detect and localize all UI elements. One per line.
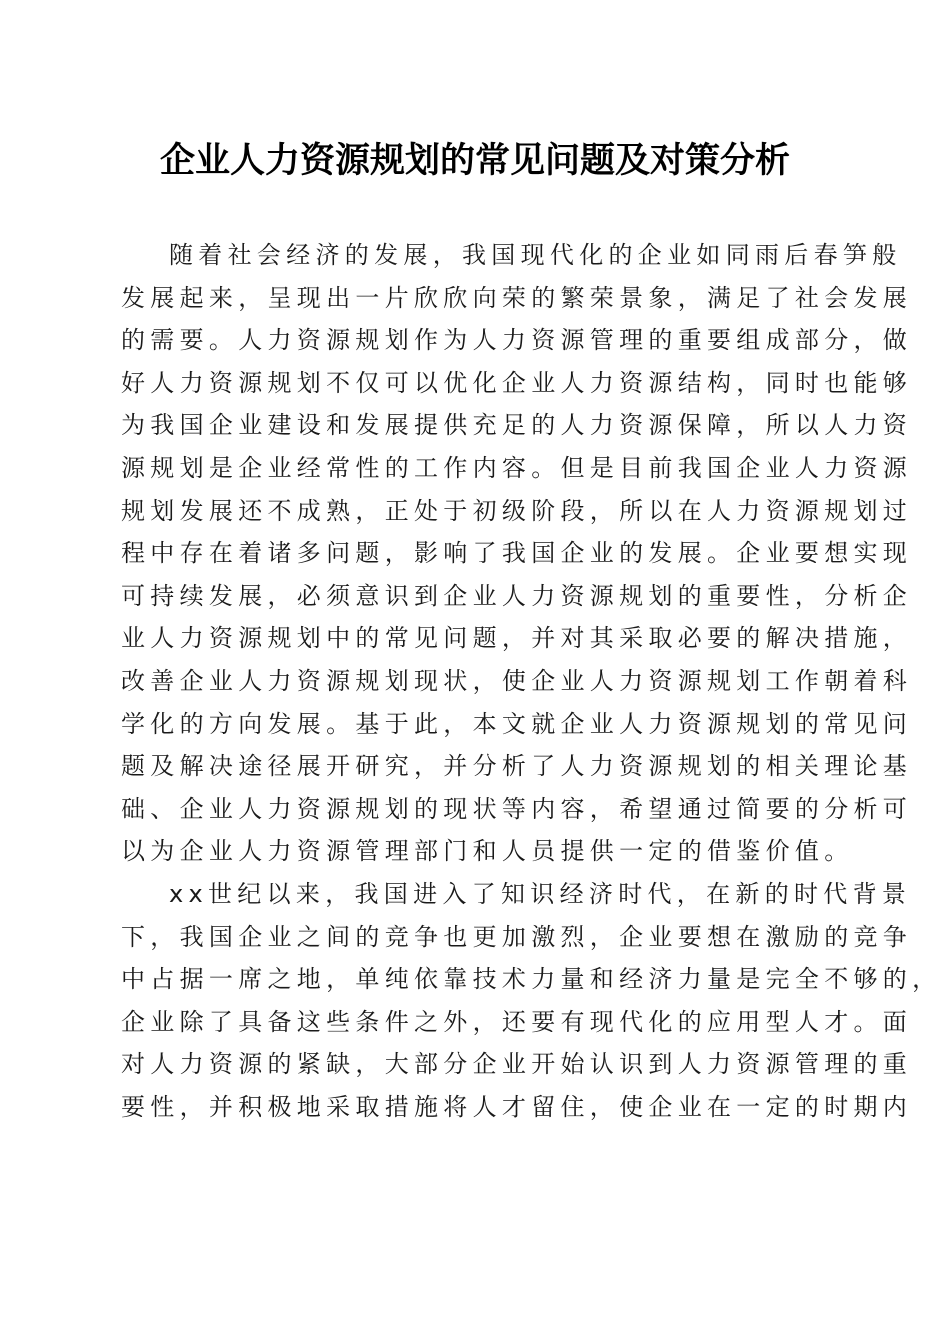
text-line: 改善企业人力资源规划现状，使企业人力资源规划工作朝着科 — [121, 660, 841, 703]
text-line: 中占据一席之地，单纯依靠技术力量和经济力量是完全不够的， — [121, 958, 841, 1001]
text-line: 发展起来，呈现出一片欣欣向荣的繁荣景象，满足了社会发展 — [121, 277, 841, 320]
text-line: 学化的方向发展。基于此，本文就企业人力资源规划的常见问 — [121, 703, 841, 746]
text-line: 可持续发展，必须意识到企业人力资源规划的重要性，分析企 — [121, 575, 841, 618]
paragraph-2: xx世纪以来，我国进入了知识经济时代，在新的时代背景 下，我国企业之间的竞争也更… — [121, 873, 841, 1129]
text-line: 源规划是企业经常性的工作内容。但是目前我国企业人力资源 — [121, 447, 841, 490]
text-line: 以为企业人力资源管理部门和人员提供一定的借鉴价值。 — [121, 830, 841, 873]
text-line: xx世纪以来，我国进入了知识经济时代，在新的时代背景 — [121, 873, 841, 916]
text-line: 企业除了具备这些条件之外，还要有现代化的应用型人才。面 — [121, 1001, 841, 1044]
text-line: 下，我国企业之间的竞争也更加激烈，企业要想在激励的竞争 — [121, 916, 841, 959]
document-title: 企业人力资源规划的常见问题及对策分析 — [0, 138, 950, 184]
text-line: 对人力资源的紧缺，大部分企业开始认识到人力资源管理的重 — [121, 1043, 841, 1086]
text-line: 规划发展还不成熟，正处于初级阶段，所以在人力资源规划过 — [121, 490, 841, 533]
text-line: 业人力资源规划中的常见问题，并对其采取必要的解决措施， — [121, 617, 841, 660]
text-line: 要性，并积极地采取措施将人才留住，使企业在一定的时期内 — [121, 1086, 841, 1129]
paragraph-1: 随着社会经济的发展，我国现代化的企业如同雨后春笋般 发展起来，呈现出一片欣欣向荣… — [121, 234, 841, 873]
document-body: 随着社会经济的发展，我国现代化的企业如同雨后春笋般 发展起来，呈现出一片欣欣向荣… — [121, 234, 841, 1128]
text-line: 随着社会经济的发展，我国现代化的企业如同雨后春笋般 — [121, 234, 841, 277]
document-page: 企业人力资源规划的常见问题及对策分析 随着社会经济的发展，我国现代化的企业如同雨… — [0, 0, 950, 1344]
text-line: 础、企业人力资源规划的现状等内容，希望通过简要的分析可 — [121, 788, 841, 831]
text-line: 的需要。人力资源规划作为人力资源管理的重要组成部分，做 — [121, 319, 841, 362]
text-line: 程中存在着诸多问题，影响了我国企业的发展。企业要想实现 — [121, 532, 841, 575]
text-line: 题及解决途径展开研究，并分析了人力资源规划的相关理论基 — [121, 745, 841, 788]
text-line: 为我国企业建设和发展提供充足的人力资源保障，所以人力资 — [121, 404, 841, 447]
text-line: 好人力资源规划不仅可以优化企业人力资源结构，同时也能够 — [121, 362, 841, 405]
